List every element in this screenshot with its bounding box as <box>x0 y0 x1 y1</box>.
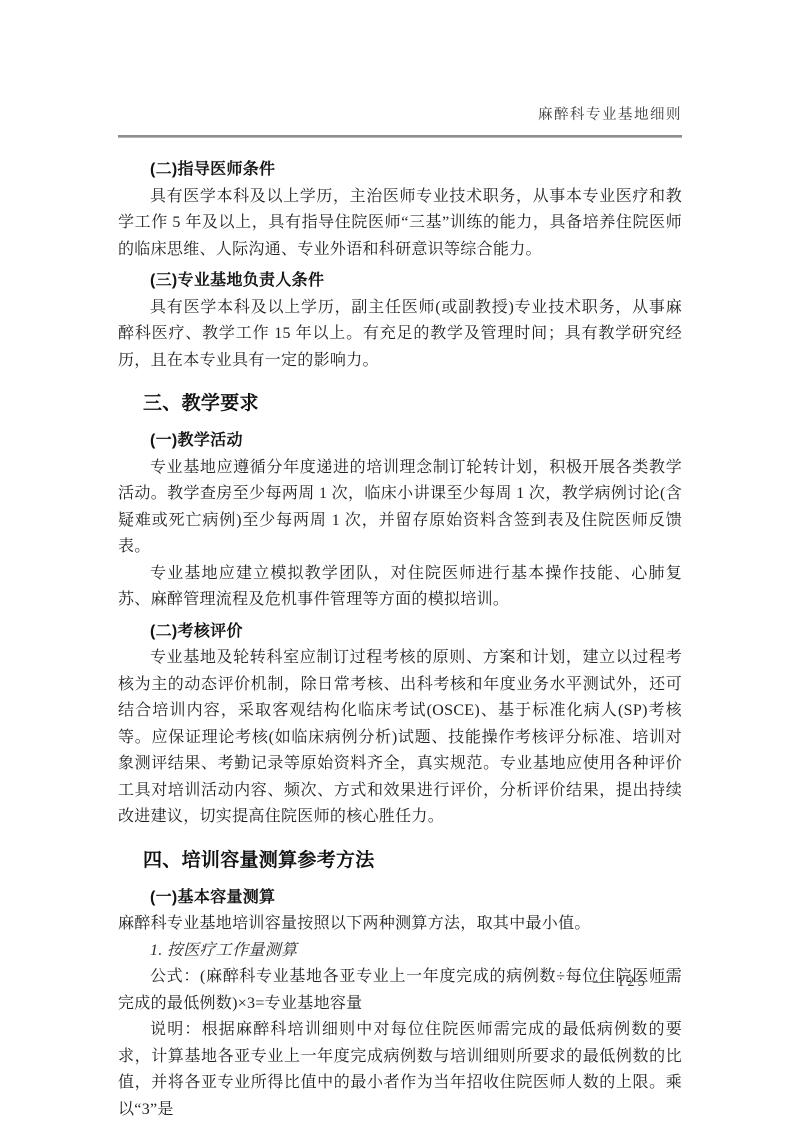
section-heading-teaching-requirements: 三、教学要求 <box>118 389 682 419</box>
document-page: 麻醉科专业基地细则 (二)指导医师条件 具有医学本科及以上学历，主治医师专业技术… <box>0 0 800 1131</box>
section-heading-training-capacity-methods: 四、培训容量测算参考方法 <box>118 846 682 876</box>
list-item-medical-workload-method: 1. 按医疗工作量测算 <box>118 938 682 965</box>
paragraph-teaching-activities-plan: 专业基地应遵循分年度递进的培训理念制订轮转计划，积极开展各类教学活动。教学查房至… <box>118 455 682 561</box>
paragraph-assessment-evaluation: 专业基地及轮转科室应制订过程考核的原则、方案和计划，建立以过程考核为主的动态评价… <box>118 645 682 831</box>
page-number: — 125 — <box>593 974 672 991</box>
subheading-teaching-activities: (一)教学活动 <box>118 428 682 455</box>
paragraph-capacity-explanation: 说明：根据麻醉科培训细则中对每位住院医师需完成的最低病例数的要求，计算基地各亚专… <box>118 1017 682 1123</box>
subheading-mentor-physician-conditions: (二)指导医师条件 <box>118 157 682 184</box>
paragraph-base-director-requirements: 具有医学本科及以上学历，副主任医师(或副教授)专业技术职务，从事麻醉科医疗、教学… <box>118 295 682 375</box>
subheading-base-director-conditions: (三)专业基地负责人条件 <box>118 268 682 295</box>
paragraph-simulation-training: 专业基地应建立模拟教学团队，对住院医师进行基本操作技能、心肺复苏、麻醉管理流程及… <box>118 561 682 614</box>
subheading-assessment-evaluation: (二)考核评价 <box>118 619 682 646</box>
paragraph-mentor-physician-requirements: 具有医学本科及以上学历，主治医师专业技术职务，从事本专业医疗和教学工作 5 年及… <box>118 184 682 264</box>
header-rule <box>118 135 682 138</box>
subheading-basic-capacity-calculation: (一)基本容量测算 <box>118 885 682 912</box>
running-header-title: 麻醉科专业基地细则 <box>118 105 682 125</box>
paragraph-capacity-intro: 麻醉科专业基地培训容量按照以下两种测算方法，取其中最小值。 <box>118 911 682 938</box>
